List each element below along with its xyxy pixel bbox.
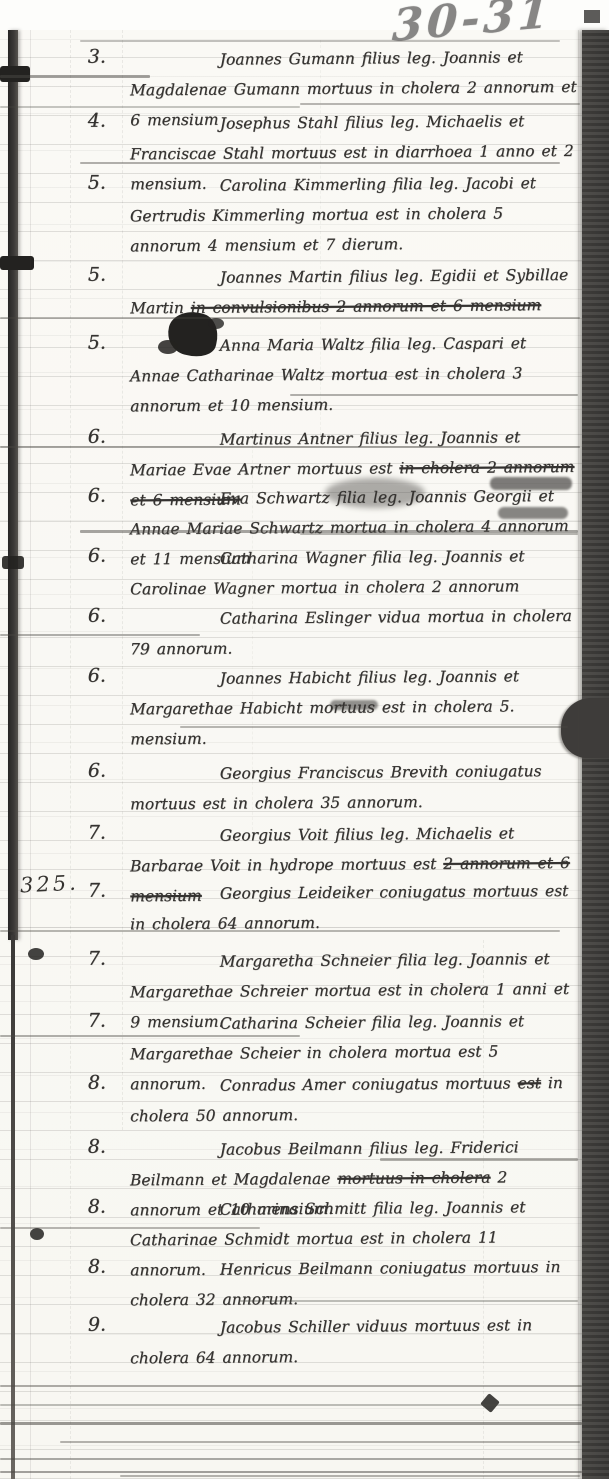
scan-line-artifact [240, 1300, 578, 1302]
entry-number: 6. [88, 760, 106, 782]
column-rule [578, 30, 579, 1479]
scan-line-artifact [300, 533, 578, 535]
scan-line-artifact [60, 1441, 580, 1443]
entry-number: 7. [88, 822, 106, 844]
entry-number: 6. [88, 605, 106, 627]
scan-line-artifact [300, 103, 580, 105]
entry-text: Georgius Franciscus Brevith coniugatus m… [130, 756, 578, 820]
register-entry: 8. Conradus Amer coniugatus mortuus est … [0, 1068, 609, 1133]
scan-line-artifact [0, 446, 580, 448]
register-entry: 5. Joannes Martin filius leg. Egidii et … [0, 260, 609, 325]
scan-line-artifact [0, 1385, 582, 1387]
entry-number: 3. [88, 46, 106, 68]
scan-line-artifact [380, 1158, 578, 1161]
entry-text: Conradus Amer coniugatus mortuus est in … [130, 1068, 578, 1132]
entry-number: 7. [88, 948, 106, 970]
entry-text: Jacobus Schiller viduus mortuus est in c… [130, 1310, 578, 1374]
struck-text: in convulsionibus 2 annorum et 6 mensium [191, 296, 542, 317]
register-entry: 6. Georgius Franciscus Brevith coniugatu… [0, 756, 609, 821]
scan-line-artifact [0, 1404, 582, 1406]
entry-number: 6. [88, 545, 106, 567]
entry-text: Joannes Habicht filius leg. Joannis et M… [130, 661, 579, 755]
scan-line-artifact [0, 1422, 582, 1425]
scan-line-artifact [0, 317, 580, 319]
entry-number: 5. [88, 172, 106, 194]
entry-number: 6. [88, 485, 106, 507]
register-entry: 6. Catharina Eslinger vidua mortua in ch… [0, 601, 609, 666]
entry-number: 7. [88, 1010, 106, 1032]
scan-line-artifact [180, 726, 568, 728]
entry-number: 8. [88, 1256, 106, 1278]
entry-number: 4. [88, 110, 106, 132]
entry-number: 6. [88, 426, 106, 448]
register-entry: 6. Joannes Habicht filius leg. Joannis e… [0, 661, 609, 756]
scan-line-artifact [0, 106, 300, 108]
entry-text: Joannes Martin filius leg. Egidii et Syb… [130, 260, 578, 324]
scan-line-artifact [0, 1458, 582, 1460]
scan-line-artifact [0, 1035, 300, 1037]
struck-text: mortuus in cholera [337, 1169, 490, 1188]
scan-line-artifact [0, 930, 560, 932]
entry-number: 7. [88, 880, 106, 902]
entry-number: 6. [88, 665, 106, 687]
scan-line-artifact [120, 1475, 580, 1477]
column-rule [70, 30, 71, 1479]
struck-text: est [518, 1074, 542, 1092]
corner-artifact [584, 10, 600, 23]
entry-text: Catharina Wagner filia leg. Joannis et C… [130, 541, 578, 605]
column-rule [320, 40, 321, 440]
scan-line-artifact [0, 75, 150, 78]
register-entry: 5. Anna Maria Waltz filia leg. Caspari e… [0, 328, 609, 423]
column-rule [252, 430, 253, 830]
entry-number: 5. [88, 264, 106, 286]
entry-number: 8. [88, 1196, 106, 1218]
register-entry: 8. Henricus Beilmann coniugatus mortuus … [0, 1252, 609, 1317]
entry-text: Catharina Eslinger vidua mortua in chole… [130, 601, 578, 665]
register-entry: 6. Catharina Wagner filia leg. Joannis e… [0, 541, 609, 606]
entry-text: Henricus Beilmann coniugatus mortuus in … [130, 1252, 578, 1316]
scan-line-artifact [0, 1227, 260, 1229]
column-rule [122, 30, 123, 1130]
entry-text: Carolina Kimmerling filia leg. Jacobi et… [130, 168, 579, 262]
register-entry: 9. Jacobus Schiller viduus mortuus est i… [0, 1310, 609, 1375]
entry-number: 8. [88, 1072, 106, 1094]
entry-number: 5. [88, 332, 106, 354]
entry-number: 8. [88, 1136, 106, 1158]
column-rule [483, 940, 484, 1479]
scanned-register-page: 30-31 325. 3. Joannes Gumann filius leg.… [0, 0, 609, 1479]
scan-line-artifact [0, 1471, 582, 1473]
entry-number: 9. [88, 1314, 106, 1336]
scan-line-artifact [290, 394, 578, 396]
entry-text: Anna Maria Waltz filia leg. Caspari et A… [130, 328, 579, 422]
register-entry: 5. Carolina Kimmerling filia leg. Jacobi… [0, 168, 609, 263]
column-rule [30, 30, 31, 1479]
